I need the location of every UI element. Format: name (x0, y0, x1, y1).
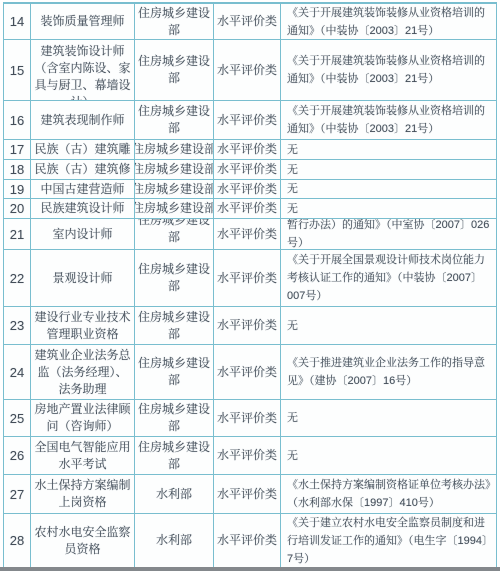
cell-qualification-name: 装饰质量管理师 (31, 4, 135, 40)
cell-department: 住房城乡建设部 (135, 4, 214, 40)
table-row: 25 房地产置业法律顾问（咨询师） 住房城乡建设部 水平评价类 无 (4, 400, 497, 437)
cell-basis-document: 无 (281, 180, 497, 199)
table-row: 21 室内设计师 住房城乡建设部 水平评价类 暂行办法）的通知》（中室协〔200… (4, 219, 497, 250)
cell-department: 住房城乡建设部 (135, 101, 214, 140)
table-row: 26 全国电气智能应用水平考试 住房城乡建设部 水平评价类 无 (4, 437, 497, 475)
cell-department: 住房城乡建设部 (135, 400, 214, 437)
cell-basis-document: 无 (281, 437, 497, 475)
table-row: 17 民族（古）建筑雕 住房城乡建设部 水平评价类 无 (4, 140, 497, 160)
cell-department: 住房城乡建设部 (135, 219, 214, 250)
cell-basis-document: 无 (281, 307, 497, 345)
cell-qualification-name: 室内设计师 (31, 219, 135, 250)
table-row: 18 民族（古）建筑修 住房城乡建设部 水平评价类 无 (4, 160, 497, 180)
cell-category: 水平评价类 (214, 475, 281, 514)
cell-category: 水平评价类 (214, 400, 281, 437)
cell-qualification-name: 建筑装饰设计师（含室内陈设、家具与厨卫、幕墙设计） (31, 40, 135, 101)
table-row: 14 装饰质量管理师 住房城乡建设部 水平评价类 《关于开展建筑装饰装修从业资格… (4, 4, 497, 40)
cell-category: 水平评价类 (214, 250, 281, 307)
table-row: 24 建筑业企业法务总监（法务经理）、法务助理 住房城乡建设部 水平评价类 《关… (4, 345, 497, 400)
cell-serial-number: 20 (4, 199, 31, 219)
cell-basis-document: 无 (281, 199, 497, 219)
cell-department: 住房城乡建设部 (135, 160, 214, 180)
cell-category: 水平评价类 (214, 4, 281, 40)
cell-serial-number: 17 (4, 140, 31, 160)
cell-serial-number: 25 (4, 400, 31, 437)
cell-serial-number: 24 (4, 345, 31, 400)
cell-category: 水平评价类 (214, 345, 281, 400)
cell-basis-document: 《关于开展建筑装饰装修从业资格培训的通知》（中装协〔2003〕21号） (281, 40, 497, 101)
cell-serial-number: 21 (4, 219, 31, 250)
cell-qualification-name: 建筑表现制作师 (31, 101, 135, 140)
cell-category: 水平评价类 (214, 180, 281, 199)
cell-category: 水平评价类 (214, 199, 281, 219)
cell-department: 住房城乡建设部 (135, 199, 214, 219)
cell-basis-document: 暂行办法）的通知》（中室协〔2007〕026号） (281, 219, 497, 250)
cell-category: 水平评价类 (214, 160, 281, 180)
cell-department: 住房城乡建设部 (135, 140, 214, 160)
cell-serial-number: 18 (4, 160, 31, 180)
table-row: 27 水土保持方案编制上岗资格 水利部 水平评价类 《水土保持方案编制资格证单位… (4, 475, 497, 514)
cell-qualification-name: 水土保持方案编制上岗资格 (31, 475, 135, 514)
cell-category: 水平评价类 (214, 307, 281, 345)
table-row: 19 中国古建营造师 住房城乡建设部 水平评价类 无 (4, 180, 497, 199)
cell-qualification-name: 建设行业专业技术管理职业资格 (31, 307, 135, 345)
cell-serial-number: 23 (4, 307, 31, 345)
cell-basis-document: 《关于建立农村水电安全监察员制度和进行培训发证工作的通知》（电生字〔1994〕7… (281, 514, 497, 568)
cell-department: 住房城乡建设部 (135, 180, 214, 199)
cell-department: 住房城乡建设部 (135, 345, 214, 400)
cell-qualification-name: 中国古建营造师 (31, 180, 135, 199)
cell-basis-document: 《关于开展全国景观设计师技术岗位能力考核认证工作的通知》（中装协〔2007〕00… (281, 250, 497, 307)
cell-category: 水平评价类 (214, 219, 281, 250)
table-row: 23 建设行业专业技术管理职业资格 住房城乡建设部 水平评价类 无 (4, 307, 497, 345)
cell-basis-document: 无 (281, 400, 497, 437)
cell-department: 住房城乡建设部 (135, 307, 214, 345)
bottom-edge-strip (0, 567, 500, 571)
cell-qualification-name: 全国电气智能应用水平考试 (31, 437, 135, 475)
table-row: 16 建筑表现制作师 住房城乡建设部 水平评价类 《关于开展建筑装饰装修从业资格… (4, 101, 497, 140)
cell-department: 水利部 (135, 514, 214, 568)
page: 14 装饰质量管理师 住房城乡建设部 水平评价类 《关于开展建筑装饰装修从业资格… (0, 0, 500, 571)
table-row: 20 民族建筑设计师 住房城乡建设部 水平评价类 无 (4, 199, 497, 219)
cell-basis-document: 无 (281, 140, 497, 160)
cell-department: 住房城乡建设部 (135, 40, 214, 101)
cell-category: 水平评价类 (214, 140, 281, 160)
cell-basis-document: 《关于开展建筑装饰装修从业资格培训的通知》（中装协〔2003〕21号） (281, 101, 497, 140)
cell-department-text: 住房城乡建设部 (135, 219, 213, 246)
table-row: 22 景观设计师 住房城乡建设部 水平评价类 《关于开展全国景观设计师技术岗位能… (4, 250, 497, 307)
cell-category: 水平评价类 (214, 40, 281, 101)
cell-qualification-name: 建筑业企业法务总监（法务经理）、法务助理 (31, 345, 135, 400)
cell-basis-document: 《水土保持方案编制资格证单位考核办法》（水利部水保〔1997〕410号） (281, 475, 497, 514)
cell-category: 水平评价类 (214, 437, 281, 475)
cell-category: 水平评价类 (214, 514, 281, 568)
cell-department: 水利部 (135, 475, 214, 514)
cell-basis-document: 无 (281, 160, 497, 180)
table-row: 15 建筑装饰设计师（含室内陈设、家具与厨卫、幕墙设计） 住房城乡建设部 水平评… (4, 40, 497, 101)
cell-serial-number: 27 (4, 475, 31, 514)
table-row: 28 农村水电安全监察员资格 水利部 水平评价类 《关于建立农村水电安全监察员制… (4, 514, 497, 568)
cell-qualification-name: 景观设计师 (31, 250, 135, 307)
cell-qualification-name: 农村水电安全监察员资格 (31, 514, 135, 568)
cell-serial-number: 19 (4, 180, 31, 199)
cell-serial-number: 28 (4, 514, 31, 568)
qualification-table: 14 装饰质量管理师 住房城乡建设部 水平评价类 《关于开展建筑装饰装修从业资格… (3, 2, 497, 568)
cell-serial-number: 14 (4, 4, 31, 40)
cell-serial-number: 15 (4, 40, 31, 101)
cell-serial-number: 16 (4, 101, 31, 140)
cell-qualification-name: 民族（古）建筑雕 (31, 140, 135, 160)
cell-qualification-name: 民族建筑设计师 (31, 199, 135, 219)
cell-department: 住房城乡建设部 (135, 437, 214, 475)
cell-serial-number: 22 (4, 250, 31, 307)
cell-category: 水平评价类 (214, 101, 281, 140)
cell-basis-document: 《关于开展建筑装饰装修从业资格培训的通知》（中装协〔2003〕21号） (281, 4, 497, 40)
cell-basis-document: 《关于推进建筑业企业法务工作的指导意见》（建协〔2007〕16号） (281, 345, 497, 400)
cell-serial-number: 26 (4, 437, 31, 475)
cell-department: 住房城乡建设部 (135, 250, 214, 307)
cell-qualification-name: 房地产置业法律顾问（咨询师） (31, 400, 135, 437)
cell-qualification-name: 民族（古）建筑修 (31, 160, 135, 180)
